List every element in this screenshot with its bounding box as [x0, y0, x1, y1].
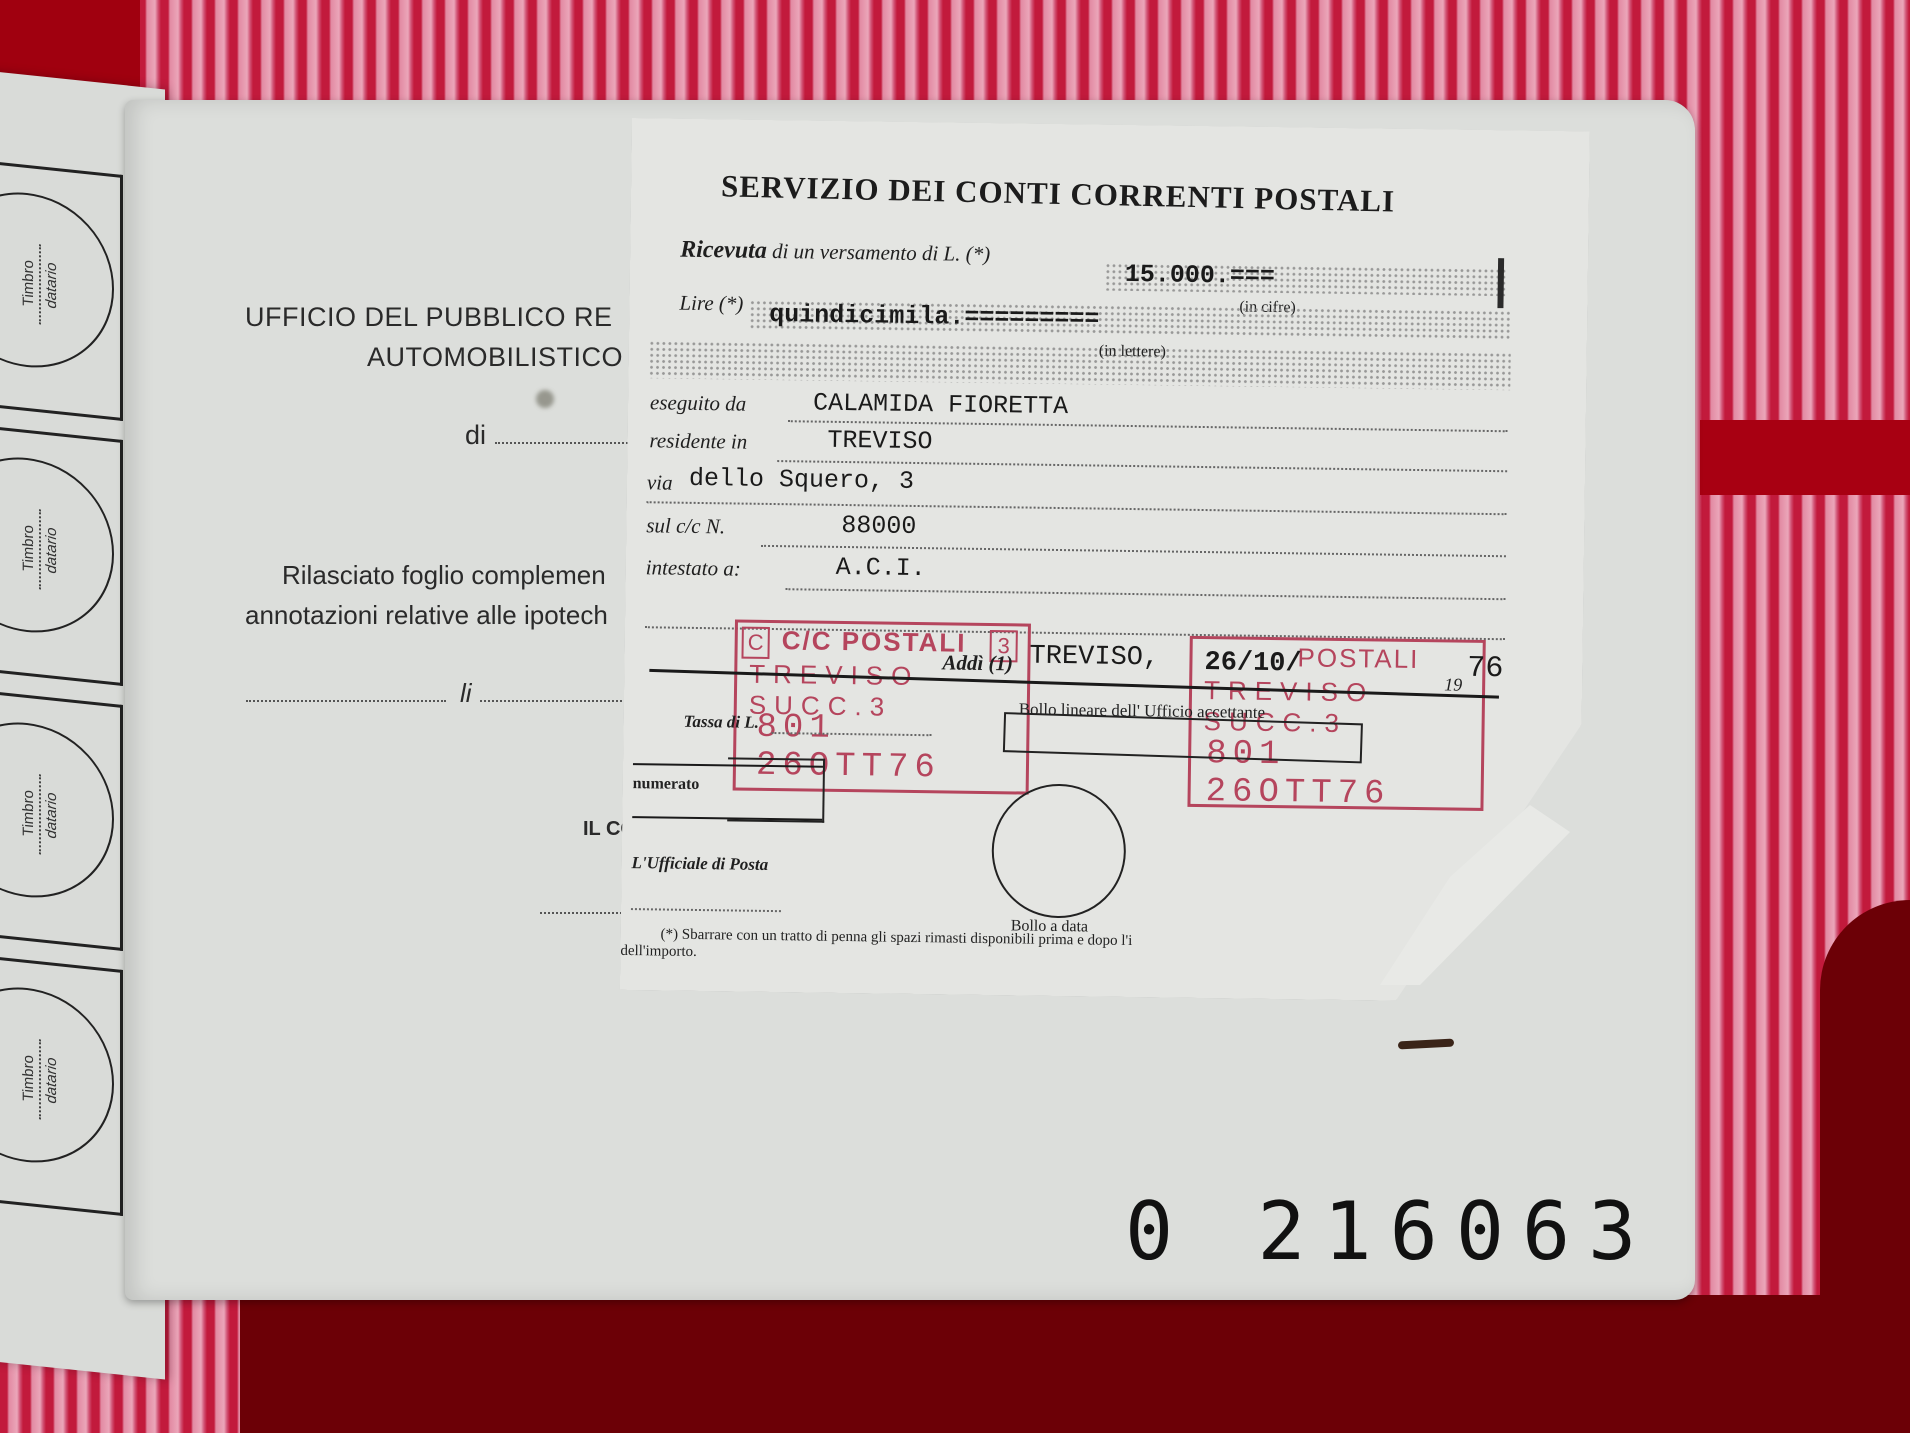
- holder-label: intestato a:: [646, 555, 741, 581]
- ink-smudge: [536, 390, 554, 408]
- via-value: dello Squero, 3: [689, 464, 914, 496]
- stamp-label: Timbro datario: [0, 249, 95, 321]
- numbered-label: numerato: [633, 775, 700, 794]
- holder-value: A.C.I.: [836, 553, 926, 583]
- stamp-label-line1: Timbro: [20, 789, 37, 837]
- stamp-label: Timbro datario: [0, 779, 95, 851]
- words-hatch-field-2: [648, 340, 1510, 390]
- stamp-cell: Timbro datario: [0, 160, 123, 421]
- year-value: 76: [1467, 652, 1503, 686]
- office-title-line2: AUTOMOBILISTICO: [367, 342, 623, 373]
- stamp-line1: POSTALI: [1297, 642, 1419, 675]
- li-label: li: [460, 678, 472, 709]
- numbered-box: [727, 757, 825, 822]
- date-stamp-circle: [991, 783, 1127, 919]
- stamp-label-line2: datario: [43, 792, 60, 840]
- officer-signature-line: [631, 908, 781, 912]
- stamp-box-left: C: [741, 627, 769, 659]
- dark-red-fabric-band: [1700, 420, 1910, 495]
- stamp-label-line2: datario: [43, 527, 60, 575]
- stamp-label: Timbro datario: [0, 514, 95, 586]
- stamp-cell: Timbro datario: [0, 425, 123, 686]
- account-value: 88000: [841, 511, 916, 541]
- issued-text-line2: annotazioni relative alle ipotech: [245, 600, 608, 631]
- receipt-title: SERVIZIO DEI CONTI CORRENTI POSTALI: [721, 168, 1396, 219]
- stamp-label-line1: Timbro: [20, 1054, 37, 1102]
- footnote-line2: dell'importo.: [620, 943, 697, 961]
- amount-words: quindicimila.=========: [769, 300, 1099, 334]
- field-line: [785, 588, 1505, 600]
- dark-red-fabric-bottom: [240, 1295, 1910, 1433]
- resident-label: residente in: [649, 428, 747, 454]
- stamp-label: Timbro datario: [0, 1044, 95, 1116]
- executed-by-value: CALAMIDA FIORETTA: [813, 389, 1068, 422]
- ink-bar-mark: [1497, 258, 1504, 308]
- stamp-label-line2: datario: [43, 262, 60, 310]
- date-label: Addì (1): [942, 650, 1013, 676]
- perforated-serial-number: 0 216063: [1125, 1185, 1654, 1278]
- via-label: via: [647, 470, 673, 495]
- office-title-line1: UFFICIO DEL PUBBLICO RE: [245, 302, 613, 333]
- year-prefix: 19: [1444, 674, 1462, 695]
- date-place: TREVISO,: [1029, 642, 1159, 674]
- lire-label: Lire (*): [679, 291, 743, 317]
- di-label: di: [465, 420, 486, 451]
- amount-figures: 15.000.===: [1125, 260, 1275, 291]
- stamp-cell: Timbro datario: [0, 690, 123, 951]
- officer-label: L'Ufficiale di Posta: [631, 853, 768, 875]
- field-line: [647, 501, 1507, 515]
- stamp-line1: C/C POSTALI: [782, 625, 967, 659]
- account-label: sul c/c N.: [646, 513, 725, 539]
- postal-receipt: SERVIZIO DEI CONTI CORRENTI POSTALI Rice…: [620, 118, 1590, 1003]
- stamp-cell: Timbro datario: [0, 955, 123, 1216]
- issued-text-line1: Rilasciato foglio complemen: [282, 560, 606, 591]
- date-day-month: 26/10/: [1204, 648, 1302, 679]
- amount-label: di un versamento di L. (*): [772, 239, 990, 266]
- executed-by-label: eseguito da: [650, 390, 747, 416]
- receipt-label: Ricevuta: [680, 237, 767, 264]
- place-field-line: [246, 700, 446, 702]
- stamp-label-line1: Timbro: [20, 524, 37, 572]
- stamp-label-line1: Timbro: [20, 259, 37, 307]
- resident-value: TREVISO: [827, 426, 932, 456]
- in-words-label: (in lettere): [1099, 343, 1166, 362]
- fee-label: Tassa di L.: [683, 712, 759, 733]
- stamp-label-line2: datario: [43, 1057, 60, 1105]
